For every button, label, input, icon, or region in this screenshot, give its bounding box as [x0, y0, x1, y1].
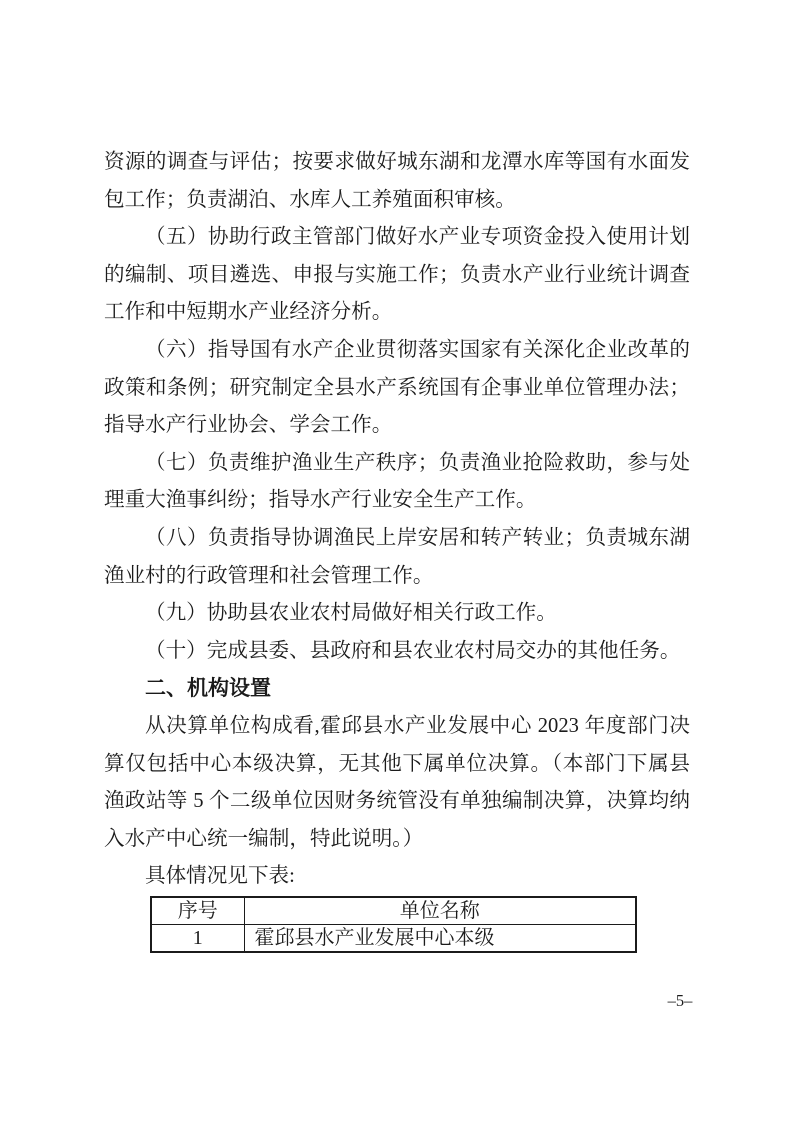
- text-line: 算仅包括中心本级决算，无其他下属单位决算。（本部门下属县: [104, 746, 690, 784]
- text-line: 工作和中短期水产业经济分析。: [104, 294, 690, 332]
- unit-list-table: 序号 单位名称 1 霍邱县水产业发展中心本级: [150, 896, 637, 953]
- table-row: 1 霍邱县水产业发展中心本级: [151, 925, 636, 953]
- text-line: 入水产中心统一编制，特此说明。）: [104, 821, 690, 859]
- duty-item-7-line: （七）负责维护渔业生产秩序；负责渔业抢险救助，参与处: [104, 445, 690, 483]
- duty-item-5-line: （五）协助行政主管部门做好水产业专项资金投入使用计划: [104, 219, 690, 257]
- document-page: 资源的调查与评估；按要求做好城东湖和龙潭水库等国有水面发 包工作；负责湖泊、水库…: [0, 0, 793, 1122]
- text-line: 渔政站等 5 个二级单位因财务统管没有单独编制决算，决算均纳: [104, 783, 690, 821]
- table-header-seq: 序号: [151, 897, 244, 925]
- text-line: 政策和条例；研究制定全县水产系统国有企事业单位管理办法；: [104, 370, 690, 408]
- text-line: 从决算单位构成看,霍邱县水产业发展中心 2023 年度部门决: [104, 708, 690, 746]
- table-header-row: 序号 单位名称: [151, 897, 636, 925]
- duty-item-10-line: （十）完成县委、县政府和县农业农村局交办的其他任务。: [104, 633, 690, 671]
- table-cell-seq: 1: [151, 925, 244, 953]
- duty-item-9-line: （九）协助县农业农村局做好相关行政工作。: [104, 595, 690, 633]
- duty-item-6-line: （六）指导国有水产企业贯彻落实国家有关深化企业改革的: [104, 332, 690, 370]
- text-line: 的编制、项目遴选、申报与实施工作；负责水产业行业统计调查: [104, 257, 690, 295]
- duty-item-8-line: （八）负责指导协调渔民上岸安居和转产转业；负责城东湖: [104, 520, 690, 558]
- section-heading-organization: 二、机构设置: [104, 670, 690, 708]
- text-line: 理重大渔事纠纷；指导水产行业安全生产工作。: [104, 482, 690, 520]
- table-intro-line: 具体情况见下表:: [104, 858, 690, 896]
- text-line: 指导水产行业协会、学会工作。: [104, 407, 690, 445]
- table-cell-unit-name: 霍邱县水产业发展中心本级: [244, 925, 636, 953]
- document-body: 资源的调查与评估；按要求做好城东湖和龙潭水库等国有水面发 包工作；负责湖泊、水库…: [104, 144, 690, 896]
- text-line: 包工作；负责湖泊、水库人工养殖面积审核。: [104, 182, 690, 220]
- table-header-unit-name: 单位名称: [244, 897, 636, 925]
- text-line: 渔业村的行政管理和社会管理工作。: [104, 558, 690, 596]
- text-line: 资源的调查与评估；按要求做好城东湖和龙潭水库等国有水面发: [104, 144, 690, 182]
- page-number: –5–: [645, 991, 715, 1011]
